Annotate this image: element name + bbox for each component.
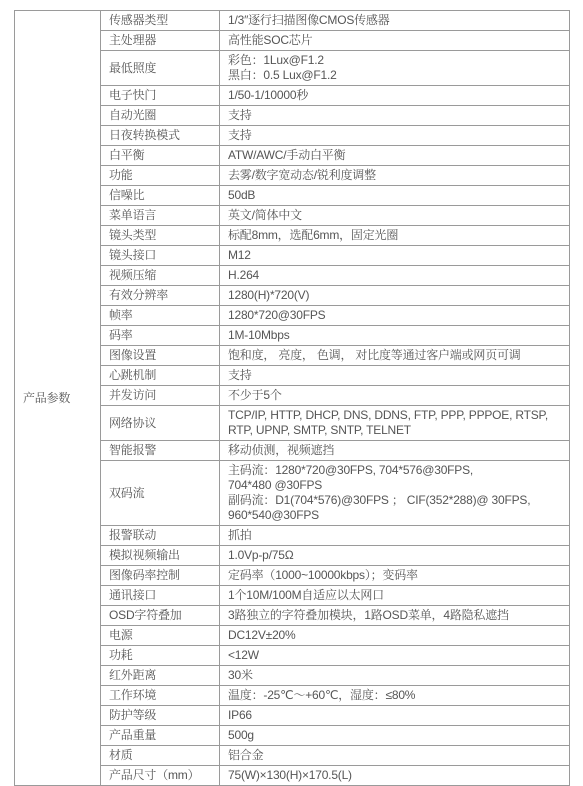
product-spec-table: 产品参数 传感器类型 1/3″逐行扫描图像CMOS传感器 主处理器高性能SOC芯… [14,10,570,777]
param-label: 主处理器 [101,31,220,51]
param-value: IP66 [220,706,570,726]
param-value: 标配8mm，选配6mm，固定光圈 [220,226,570,246]
category-cell: 产品参数 [15,11,101,778]
param-value: 温度：-25℃～+60℃，湿度：≤80% [220,686,570,706]
param-value: 500g [220,726,570,746]
param-value: 抓拍 [220,526,570,546]
param-value: H.264 [220,266,570,286]
param-label: 智能报警 [101,441,220,461]
param-value: M12 [220,246,570,266]
param-value: 高性能SOC芯片 [220,31,570,51]
param-value: 主码流：1280*720@30FPS, 704*576@30FPS, 704*4… [220,461,570,526]
param-label: 网络协议 [101,406,220,441]
param-label: 工作环境 [101,686,220,706]
param-label: 日夜转换模式 [101,126,220,146]
param-value: 1/50-1/10000秒 [220,86,570,106]
param-value: 铝合金 [220,746,570,766]
param-value: 30米 [220,666,570,686]
param-label: 红外距离 [101,666,220,686]
param-value: DC12V±20% [220,626,570,646]
param-value: TCP/IP, HTTP, DHCP, DNS, DDNS, FTP, PPP,… [220,406,570,441]
param-label: 图像设置 [101,346,220,366]
param-value: 50dB [220,186,570,206]
param-label: 电子快门 [101,86,220,106]
param-value: 支持 [220,106,570,126]
param-label: 功能 [101,166,220,186]
param-value: 1.0Vp-p/75Ω [220,546,570,566]
param-value: 1/3″逐行扫描图像CMOS传感器 [220,11,570,31]
param-label: 传感器类型 [101,11,220,31]
param-label: 双码流 [101,461,220,526]
param-label: 材质 [101,746,220,766]
param-value: 支持 [220,366,570,386]
param-label: 产品尺寸（mm） [101,766,220,778]
param-label: 通讯接口 [101,586,220,606]
param-value: <12W [220,646,570,666]
param-label: 镜头接口 [101,246,220,266]
param-value: 75(W)×130(H)×170.5(L) [220,766,570,778]
param-value: 不少于5个 [220,386,570,406]
param-value: 支持 [220,126,570,146]
param-label: 信噪比 [101,186,220,206]
param-label: 镜头类型 [101,226,220,246]
param-value: ATW/AWC/手动白平衡 [220,146,570,166]
param-label: 心跳机制 [101,366,220,386]
param-value: 定码率（1000~10000kbps）；变码率 [220,566,570,586]
param-value: 1280(H)*720(V) [220,286,570,306]
param-value: 1个10M/100M自适应以太网口 [220,586,570,606]
param-label: 菜单语言 [101,206,220,226]
param-label: 有效分辨率 [101,286,220,306]
param-value: 3路独立的字符叠加模块，1路OSD菜单，4路隐私遮挡 [220,606,570,626]
param-label: 模拟视频输出 [101,546,220,566]
param-value: 1280*720@30FPS [220,306,570,326]
param-label: 最低照度 [101,51,220,86]
param-label: 白平衡 [101,146,220,166]
param-value: 去雾/数字宽动态/锐利度调整 [220,166,570,186]
param-label: 帧率 [101,306,220,326]
param-label: 自动光圈 [101,106,220,126]
param-label: 码率 [101,326,220,346]
table-row: 产品参数 传感器类型 1/3″逐行扫描图像CMOS传感器 [15,11,570,31]
param-label: 报警联动 [101,526,220,546]
param-value: 饱和度， 亮度， 色调， 对比度等通过客户端或网页可调 [220,346,570,366]
param-value: 移动侦测，视频遮挡 [220,441,570,461]
param-label: 功耗 [101,646,220,666]
param-value: 1M-10Mbps [220,326,570,346]
param-label: 产品重量 [101,726,220,746]
param-label: 视频压缩 [101,266,220,286]
spec-table-container: 产品参数 传感器类型 1/3″逐行扫描图像CMOS传感器 主处理器高性能SOC芯… [14,10,570,777]
param-label: 图像码率控制 [101,566,220,586]
param-label: 并发访问 [101,386,220,406]
param-label: 电源 [101,626,220,646]
param-label: 防护等级 [101,706,220,726]
param-label: OSD字符叠加 [101,606,220,626]
param-value: 英文/简体中文 [220,206,570,226]
param-value: 彩色：1Lux@F1.2 黑白：0.5 Lux@F1.2 [220,51,570,86]
